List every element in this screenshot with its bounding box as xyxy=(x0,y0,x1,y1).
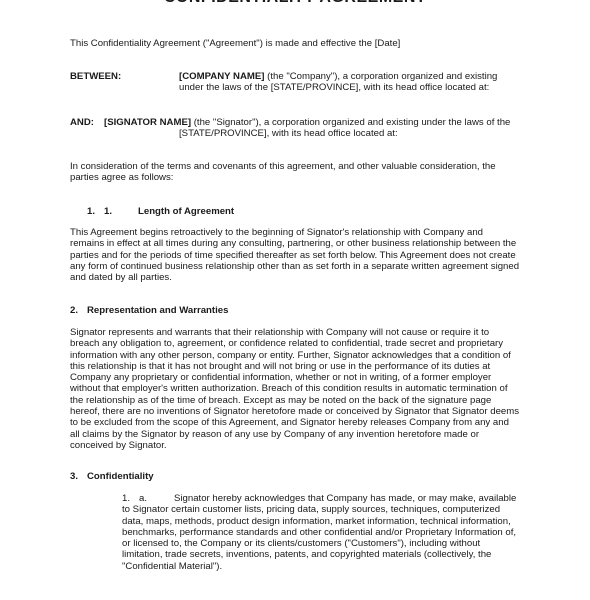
body-line: to be excluded from the scope of this Ag… xyxy=(70,417,520,428)
body-line: any form of continued business relations… xyxy=(70,261,520,272)
body-line: all claims by the Signator by reason of … xyxy=(70,429,520,440)
body-line: hereof, there are no inventions of Signa… xyxy=(70,406,520,417)
section-2-body: Signator represents and warrants that th… xyxy=(70,327,520,451)
company-desc-line1: (the "Company"), a corporation organized… xyxy=(264,71,497,82)
body-line: data, maps, methods, product design info… xyxy=(122,516,532,527)
body-line: the relationship as of the time of breac… xyxy=(70,395,520,406)
body-line: breach any obligation to, agreement, or … xyxy=(70,338,520,349)
subitem-a-body: Signator hereby acknowledges that Compan… xyxy=(122,493,532,572)
company-name: [COMPANY NAME] xyxy=(179,71,264,82)
body-line: to Signator certain customer lists, pric… xyxy=(122,504,532,515)
section-1-body: This Agreement begins retroactively to t… xyxy=(70,227,520,283)
section-1-number-outer: 1. xyxy=(87,206,95,217)
body-line: this relationship is that it has not bro… xyxy=(70,361,520,372)
body-line: Signator represents and warrants that th… xyxy=(70,327,520,338)
body-line: information with any other person, compa… xyxy=(70,350,520,361)
body-line: or licensed to, the Company or its clien… xyxy=(122,538,532,549)
section-1-heading: Length of Agreement xyxy=(138,206,234,217)
body-line: Company any proprietary or confidential … xyxy=(70,372,520,383)
signator-desc-line1: (the "Signator"), a corporation organize… xyxy=(191,117,510,128)
body-line: parties and for the periods of time spec… xyxy=(70,250,520,261)
body-line: remains in effect at all times during an… xyxy=(70,238,520,249)
body-line: without that employer's written authoriz… xyxy=(70,383,520,394)
signator-name: [SIGNATOR NAME] xyxy=(104,117,191,128)
section-2-number: 2. xyxy=(70,305,78,316)
body-line: "Confidential Material"). xyxy=(122,561,532,572)
intro-paragraph: This Confidentiality Agreement ("Agreeme… xyxy=(70,38,520,49)
body-line: This Agreement begins retroactively to t… xyxy=(70,227,520,238)
consideration-line: In consideration of the terms and covena… xyxy=(70,161,520,172)
section-3-heading: Confidentiality xyxy=(87,471,154,482)
consideration-line: parties agree as follows: xyxy=(70,172,520,183)
company-party: [COMPANY NAME] (the "Company"), a corpor… xyxy=(179,71,529,94)
section-2-heading: Representation and Warranties xyxy=(87,305,228,316)
signator-desc-line2: [STATE/PROVINCE], with its head office l… xyxy=(104,128,534,139)
section-3-number: 3. xyxy=(70,471,78,482)
between-label: BETWEEN: xyxy=(70,71,121,82)
document-title: CONFIDENTIALITY AGREEMENT xyxy=(0,0,590,7)
body-line: Signator hereby acknowledges that Compan… xyxy=(122,493,532,504)
company-desc-line2: under the laws of the [STATE/PROVINCE], … xyxy=(179,82,529,93)
body-line: benchmarks, performance standards and ot… xyxy=(122,527,532,538)
body-line: and dated by all parties. xyxy=(70,272,520,283)
body-line: limitation, trade secrets, inventions, p… xyxy=(122,549,532,560)
section-1-number-inner: 1. xyxy=(104,206,112,217)
consideration-paragraph: In consideration of the terms and covena… xyxy=(70,161,520,184)
body-line: conceived by Signator. xyxy=(70,440,520,451)
signator-party: [SIGNATOR NAME] (the "Signator"), a corp… xyxy=(104,117,534,140)
and-label: AND: xyxy=(70,117,94,128)
